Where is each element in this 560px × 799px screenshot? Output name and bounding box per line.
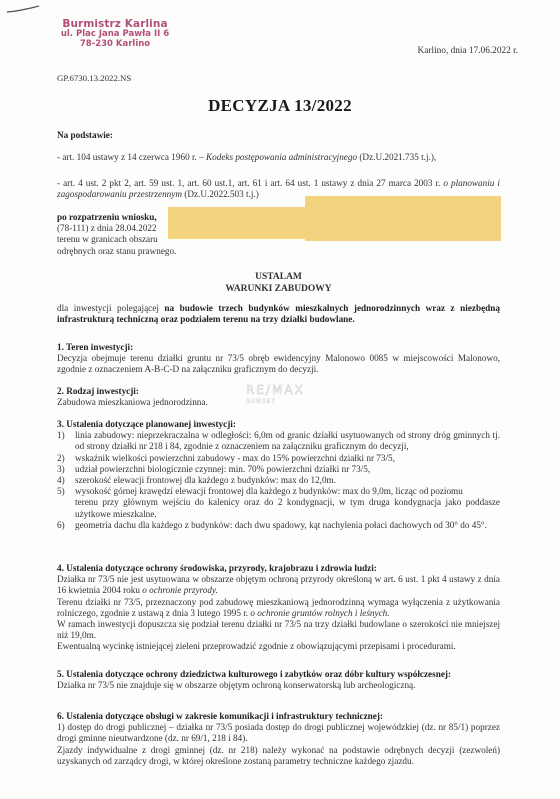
- list-item: 1)linia zabudowy: nieprzekraczalna w odl…: [57, 430, 500, 452]
- decision-heading: USTALAM WARUNKI ZABUDOWY: [57, 272, 500, 295]
- section-4: 4. Ustalenia dotyczące ochrony środowisk…: [57, 563, 500, 653]
- pen-scribble-mark: [6, 4, 40, 14]
- list-item-number: [57, 497, 75, 519]
- case-signature: GP.6730.13.2022.NS: [57, 73, 131, 83]
- section-4-paragraph-1-act: o ochronie przyrody.: [142, 585, 218, 595]
- section-5: 5. Ustalenia dotyczące ochrony dziedzict…: [57, 669, 500, 691]
- list-item-text: udział powierzchni biologicznie czynnej:…: [75, 464, 500, 475]
- basis-item-2-ref: (Dz.U.2022.503 t.j.): [182, 189, 259, 199]
- investment-description: dla inwestycji polegającej na budowie tr…: [57, 303, 500, 325]
- section-3-heading: 3. Ustalenia dotyczące planowanej inwest…: [57, 419, 500, 430]
- list-item-text: szerokość elewacji frontowej dla każdego…: [75, 475, 500, 486]
- decision-heading-line-1: USTALAM: [57, 272, 500, 284]
- investment-description-lead: dla inwestycji polegającej: [57, 303, 164, 313]
- place-and-date: Karlino, dnia 17.06.2022 r.: [418, 46, 518, 56]
- section-4-heading: 4. Ustalenia dotyczące ochrony środowisk…: [57, 563, 500, 574]
- list-item: 4)szerokość elewacji frontowej dla każde…: [57, 475, 500, 486]
- list-item: 5)wysokość górnej krawędzi elewacji fron…: [57, 486, 500, 497]
- decision-heading-line-2: WARUNKI ZABUDOWY: [57, 284, 500, 296]
- application-legal-status-line: odrębnych oraz stanu prawnego.: [57, 246, 500, 257]
- list-item-text: terenu przy głównym wejściu do kalenicy …: [75, 497, 500, 519]
- basis-item-1-ref: (Dz.U.2021.735 t.j.),: [357, 152, 436, 162]
- list-item-number: 6): [57, 520, 75, 531]
- section-6-paragraph-1: 1) dostęp do drogi publicznej – działka …: [57, 722, 500, 744]
- document-title: DECYZJA 13/2022: [0, 96, 560, 116]
- section-4-paragraph-2: Terenu działki nr 73/5, przeznaczony pod…: [57, 597, 500, 619]
- basis-item-1-text: - art. 104 ustawy z 14 czerwca 1960 r. –: [57, 152, 206, 162]
- list-item-number: 3): [57, 464, 75, 475]
- list-item-text: geometria dachu dla każdego z budynków: …: [75, 520, 500, 531]
- section-6: 6. Ustalenia dotyczące obsługi w zakresi…: [57, 711, 500, 767]
- list-item-text: linia zabudowy: nieprzekraczalna w odleg…: [75, 430, 500, 452]
- section-3: 3. Ustalenia dotyczące planowanej inwest…: [57, 419, 500, 531]
- basis-item-2-text: - art. 4 ust. 2 pkt 2, art. 59 ust. 1, a…: [57, 178, 443, 188]
- section-6-paragraph-2: Zjazdy indywidualne z drogi gminnej (dz.…: [57, 745, 500, 767]
- list-item: terenu przy głównym wejściu do kalenicy …: [57, 497, 500, 519]
- redaction-block-left: [168, 207, 306, 239]
- office-stamp: Burmistrz Karlina ul. Plac Jana Pawła II…: [60, 18, 170, 50]
- list-item: 3)udział powierzchni biologicznie czynne…: [57, 464, 500, 475]
- section-3-items: 1)linia zabudowy: nieprzekraczalna w odl…: [57, 430, 500, 531]
- section-6-heading: 6. Ustalenia dotyczące obsługi w zakresi…: [57, 711, 500, 722]
- section-1-heading: 1. Teren inwestycji:: [57, 342, 500, 353]
- stamp-postcode-city: 78-230 Karlino: [60, 40, 170, 50]
- section-4-paragraph-3: W ramach inwestycji dopuszcza się podzia…: [57, 619, 500, 641]
- list-item-number: 2): [57, 453, 75, 464]
- basis-item-1: - art. 104 ustawy z 14 czerwca 1960 r. –…: [57, 152, 500, 163]
- document-page: Burmistrz Karlina ul. Plac Jana Pawła II…: [0, 0, 560, 799]
- list-item-text: wysokość górnej krawędzi elewacji fronto…: [75, 486, 500, 497]
- basis-heading: Na podstawie:: [57, 130, 500, 141]
- basis-item-1-act-name: Kodeks postępowania administracyjnego: [206, 152, 357, 162]
- section-1: 1. Teren inwestycji: Decyzja obejmuje te…: [57, 342, 500, 376]
- section-5-text: Działka nr 73/5 nie znajduje się w obsza…: [57, 680, 500, 691]
- section-1-text: Decyzja obejmuje terenu działki gruntu n…: [57, 353, 500, 375]
- section-5-heading: 5. Ustalenia dotyczące ochrony dziedzict…: [57, 669, 500, 680]
- remax-watermark: RE/MAX SUNSET: [246, 384, 305, 408]
- watermark-office: SUNSET: [246, 396, 305, 408]
- redaction-block-right: [305, 196, 501, 241]
- list-item-number: 5): [57, 486, 75, 497]
- list-item-number: 1): [57, 430, 75, 452]
- section-4-paragraph-2-act: o ochronie gruntów rolnych i leśnych.: [250, 608, 389, 618]
- list-item-number: 4): [57, 475, 75, 486]
- section-4-paragraph-1: Działka nr 73/5 nie jest usytuowana w ob…: [57, 574, 500, 596]
- list-item: 2)wskaźnik wielkości powierzchni zabudow…: [57, 453, 500, 464]
- section-4-paragraph-1-text: Działka nr 73/5 nie jest usytuowana w ob…: [57, 574, 500, 595]
- list-item-text: wskaźnik wielkości powierzchni zabudowy …: [75, 453, 500, 464]
- section-4-paragraph-4: Ewentualną wycinkę istniejącej zieleni p…: [57, 641, 500, 652]
- watermark-brand: RE/MAX: [246, 384, 305, 396]
- list-item: 6)geometria dachu dla każdego z budynków…: [57, 520, 500, 531]
